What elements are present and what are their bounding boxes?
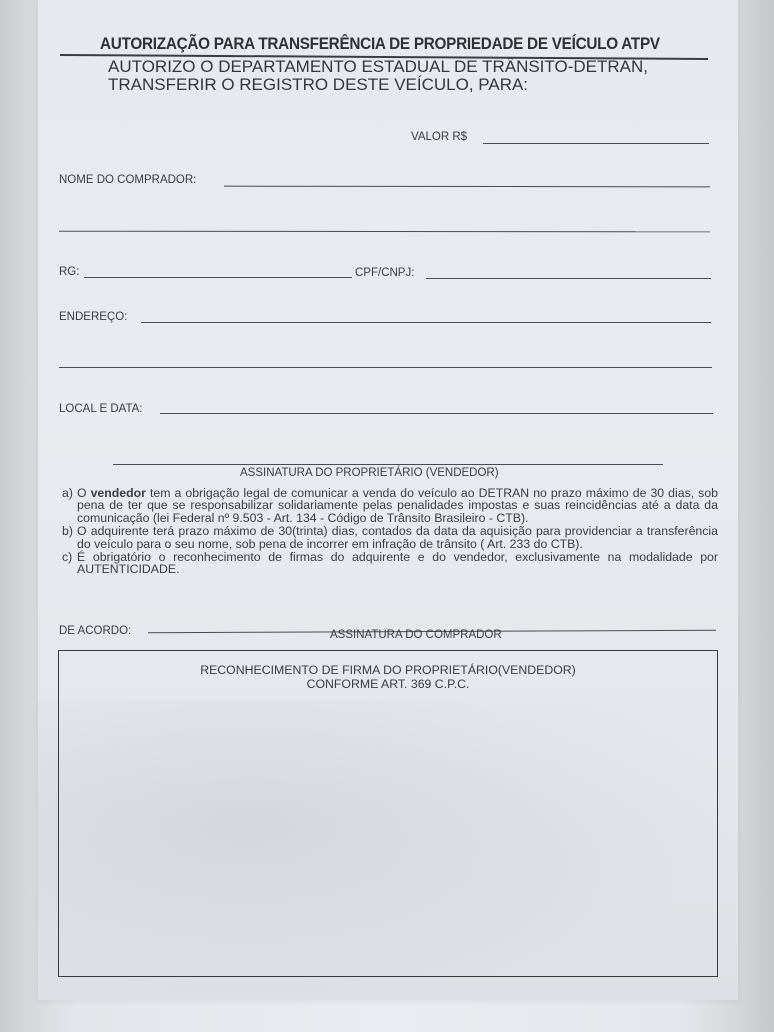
clause-text: O adquirente terá prazo máximo de 30(tri… xyxy=(77,525,718,550)
notary-line-2: CONFORME ART. 369 C.P.C. xyxy=(59,677,717,691)
clause-b: b) O adquirente terá prazo máximo de 30(… xyxy=(62,525,718,550)
clause-c: c) É obrigatório o reconhecimento de fir… xyxy=(62,551,718,576)
document-title: AUTORIZAÇÃO PARA TRANSFERÊNCIA DE PROPRI… xyxy=(100,34,660,54)
agreement-label: DE ACORDO: xyxy=(59,625,131,637)
address-field[interactable] xyxy=(141,322,711,323)
seller-signature-caption: ASSINATURA DO PROPRIETÁRIO (VENDEDOR) xyxy=(240,467,499,479)
clause-text: É obrigatório o reconhecimento de firmas… xyxy=(77,551,718,576)
clause-a: a) O vendedor tem a obrigação legal de c… xyxy=(62,487,718,524)
rg-field[interactable] xyxy=(84,277,352,278)
seller-signature-line[interactable] xyxy=(113,464,663,465)
clause-text: tem a obrigação legal de comunicar a ven… xyxy=(77,486,718,525)
notary-box-heading: RECONHECIMENTO DE FIRMA DO PROPRIETÁRIO(… xyxy=(59,663,717,691)
authorization-line-2: TRANSFERIR O REGISTRO DESTE VEÍCULO, PAR… xyxy=(108,76,648,94)
notary-recognition-box[interactable]: RECONHECIMENTO DE FIRMA DO PROPRIETÁRIO(… xyxy=(58,650,718,977)
authorization-line-1: AUTORIZO O DEPARTAMENTO ESTADUAL DE TRÂN… xyxy=(108,58,648,76)
address-label: ENDEREÇO: xyxy=(59,311,127,323)
notary-line-1: RECONHECIMENTO DE FIRMA DO PROPRIETÁRIO(… xyxy=(59,663,717,677)
valor-label: VALOR R$ xyxy=(411,131,467,143)
cpf-cnpj-field[interactable] xyxy=(426,278,711,279)
buyer-signature-caption: ASSINATURA DO COMPRADOR xyxy=(330,629,502,641)
cpf-cnpj-label: CPF/CNPJ: xyxy=(355,267,414,279)
authorization-statement: AUTORIZO O DEPARTAMENTO ESTADUAL DE TRÂN… xyxy=(108,58,648,94)
legal-clauses: a) O vendedor tem a obrigação legal de c… xyxy=(62,487,718,577)
clause-marker: b) xyxy=(62,525,77,550)
place-date-field[interactable] xyxy=(160,413,713,414)
rg-label: RG: xyxy=(59,266,79,278)
clause-marker: c) xyxy=(62,551,77,576)
clause-marker: a) xyxy=(62,487,77,524)
address-field-continued[interactable] xyxy=(59,367,712,368)
valor-field[interactable] xyxy=(483,143,709,144)
buyer-name-label: NOME DO COMPRADOR: xyxy=(59,174,196,186)
place-date-label: LOCAL E DATA: xyxy=(59,403,143,415)
